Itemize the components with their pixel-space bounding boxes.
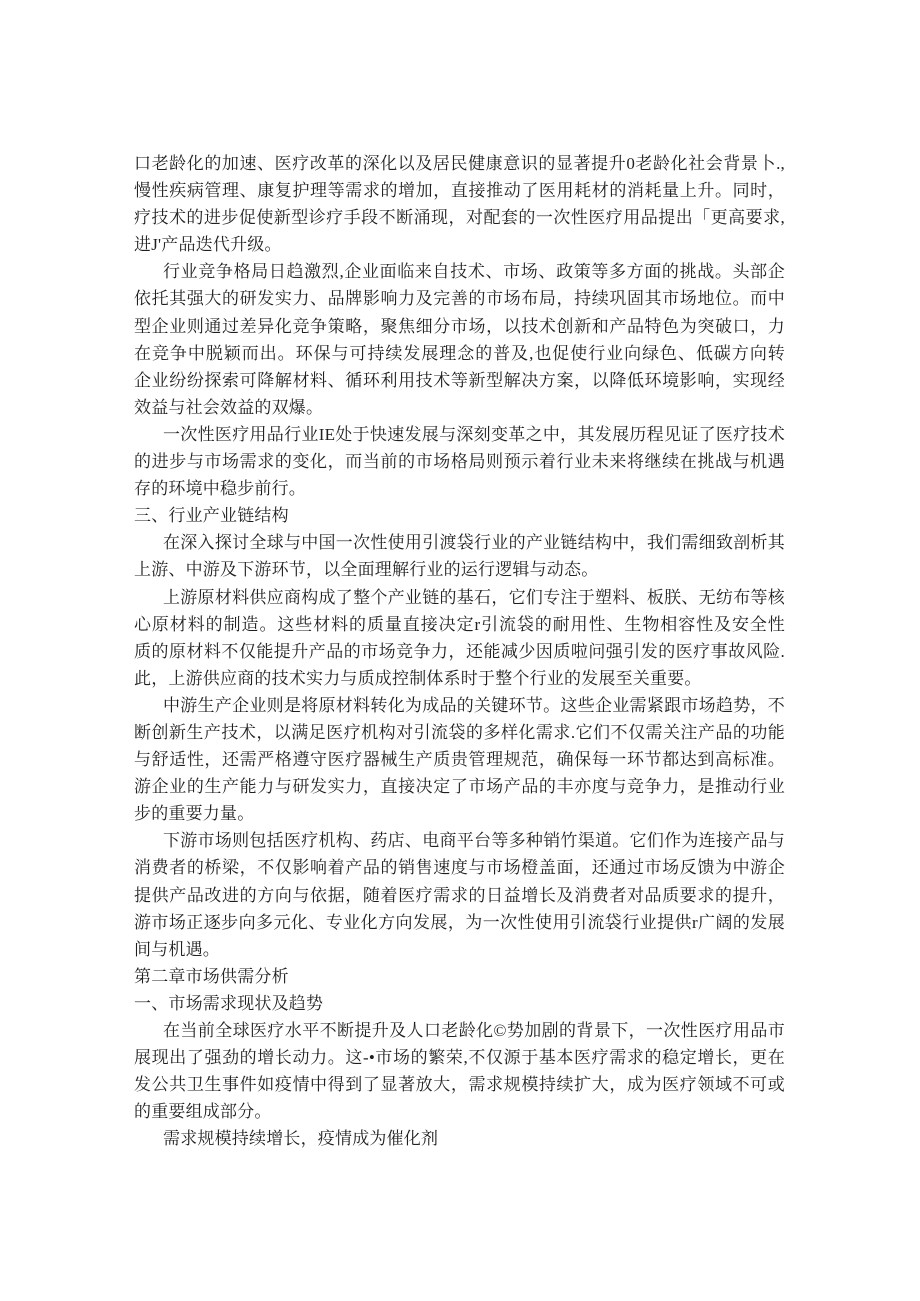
text-line: 慢性疾病管理、康复护理等需求的增加，直接推动了医用耗材的消耗量上升。同时，医 xyxy=(134,177,785,204)
text-line: 需求规模持续增长，疫情成为催化剂 xyxy=(134,1125,785,1152)
text-line: 游市场正逐步向多元化、专业化方向发展，为一次性使用引流袋行业提供r广阔的发展空 xyxy=(134,909,785,936)
text-line: 行业竞争格局日趋激烈,企业面临来自技术、市场、政策等多方面的挑战。头部企业 xyxy=(134,258,785,285)
text-line: 此，上游供应商的技术实力与质成控制体系时于整个行业的发展至关重要。 xyxy=(134,665,785,692)
paragraph: 中游生产企业则是将原材料转化为成品的关键环节。这些企业需紧跟市场趋势，不断创新生… xyxy=(134,692,785,827)
text-line: 的进步与市场需求的变化，而当前的市场格局则预示着行业未来将继续在挑战与机遇并 xyxy=(134,448,785,475)
text-line: 步的重要力量。 xyxy=(134,800,785,827)
document-text-block: 口老龄化的加速、医疗改革的深化以及居民健康意识的显著提升0老龄化社会背景卜.,慢… xyxy=(134,150,785,1152)
text-line: 游企业的生产能力与研发实力，直接决定了市场产品的丰亦度与竞争力，是推动行业进 xyxy=(134,773,785,800)
document-page: 口老龄化的加速、医疗改革的深化以及居民健康意识的显著提升0老龄化社会背景卜.,慢… xyxy=(0,0,920,1301)
paragraph: 在当前全球医疗水平不断提升及人口老龄化©势加剧的背景下，一次性医疗用品市场展现出… xyxy=(134,1017,785,1125)
paragraph: 下游市场则包括医疗机构、药店、电商平台等多种销竹渠道。它们作为连接产品与消费者的… xyxy=(134,827,785,962)
paragraph: 一次性医疗用品行业IE处于快速发展与深刻变革之中，其发展历程见证了医疗技术的进步… xyxy=(134,421,785,502)
text-line: 上游、中游及下游环节，以全面理解行业的运行逻辑与动态。 xyxy=(134,556,785,583)
text-line: 发公共卫生事件如疫情中得到了显著放大，需求规模持续扩大，成为医疗领域不可或缺 xyxy=(134,1071,785,1098)
text-line: 一、市场需求现状及趋势 xyxy=(134,990,785,1017)
text-line: 疗技术的进步促使新型诊疗手段不断涌现，对配套的一次性医疗用品提出「更高要求,促 xyxy=(134,204,785,231)
paragraph: 上游原材料供应商构成了整个产业链的基石，它们专注于塑料、板朕、无纺布等核心原材料… xyxy=(134,584,785,692)
text-line: 型企业则通过差异化竞争策略，聚焦细分市场，以技术创新和产品特色为突破口，力求 xyxy=(134,313,785,340)
text-line: 口老龄化的加速、医疗改革的深化以及居民健康意识的显著提升0老龄化社会背景卜., xyxy=(134,150,785,177)
text-line: 进J'产品迭代升级。 xyxy=(134,231,785,258)
text-line: 中游生产企业则是将原材料转化为成品的关键环节。这些企业需紧跟市场趋势，不 xyxy=(134,692,785,719)
paragraph: 需求规模持续增长，疫情成为催化剂 xyxy=(134,1125,785,1152)
text-line: 上游原材料供应商构成了整个产业链的基石，它们专注于塑料、板朕、无纺布等核 xyxy=(134,584,785,611)
text-line: 第二章市场供需分析 xyxy=(134,963,785,990)
text-line: 效益与社会效益的双爆。 xyxy=(134,394,785,421)
text-line: 下游市场则包括医疗机构、药店、电商平台等多种销竹渠道。它们作为连接产品与 xyxy=(134,827,785,854)
text-line: 一次性医疗用品行业IE处于快速发展与深刻变革之中，其发展历程见证了医疗技术 xyxy=(134,421,785,448)
text-line: 心原材料的制造。这些材料的质量直接决定r引流袋的耐用性、生物相容性及安全性能“优 xyxy=(134,611,785,638)
text-line: 存的环境中稳步前行。 xyxy=(134,475,785,502)
paragraph: 口老龄化的加速、医疗改革的深化以及居民健康意识的显著提升0老龄化社会背景卜.,慢… xyxy=(134,150,785,258)
text-line: 展现出了强劲的增长动力。这-•市场的繁荣,不仅源于基本医疗需求的稳定增长，更在突 xyxy=(134,1044,785,1071)
section-heading: 三、行业产业链结构 xyxy=(134,502,785,529)
text-line: 断创新生产技术，以满足医疗机构对引流袋的多样化需求.它们不仅需关注产品的功能性 xyxy=(134,719,785,746)
section-heading: 第二章市场供需分析 xyxy=(134,963,785,990)
section-heading: 一、市场需求现状及趋势 xyxy=(134,990,785,1017)
text-line: 在深入探讨全球与中国一次性使用引渡袋行业的产业链结构中，我们需细致剖析其 xyxy=(134,529,785,556)
text-line: 企业纷纷探索可降解材料、循环利用技术等新型解决方案，以降低环境影响，实现经济 xyxy=(134,367,785,394)
text-line: 在当前全球医疗水平不断提升及人口老龄化©势加剧的背景下，一次性医疗用品市场 xyxy=(134,1017,785,1044)
text-line: 间与机遇。 xyxy=(134,936,785,963)
text-line: 消费者的桥梁，不仅影响着产品的销售速度与市场橙盖面，还通过市场反馈为中游企业 xyxy=(134,854,785,881)
text-line: 三、行业产业链结构 xyxy=(134,502,785,529)
text-line: 在竞争中脱颖而出。环保与可持续发展理念的普及,也促使行业向绿色、低碳方向转型， xyxy=(134,340,785,367)
text-line: 质的原材料不仅能提升产品的市场竞争力，还能减少因质啦问强引发的医疗事故风险.因 xyxy=(134,638,785,665)
text-line: 提供产品改进的方向与依据，随着医疗需求的日益增长及消费者对品质要求的提升，下 xyxy=(134,882,785,909)
text-line: 的重要组成部分。 xyxy=(134,1098,785,1125)
paragraph: 在深入探讨全球与中国一次性使用引渡袋行业的产业链结构中，我们需细致剖析其上游、中… xyxy=(134,529,785,583)
text-line: 依托其强大的研发实力、品牌影响力及完善的市场布局，持续巩固其市场地位。而中小 xyxy=(134,285,785,312)
paragraph: 行业竞争格局日趋激烈,企业面临来自技术、市场、政策等多方面的挑战。头部企业依托其… xyxy=(134,258,785,421)
text-line: 与舒适性，还需严格遵守医疗器械生产质贵管理规范，确保每一环节都达到高标准。中 xyxy=(134,746,785,773)
